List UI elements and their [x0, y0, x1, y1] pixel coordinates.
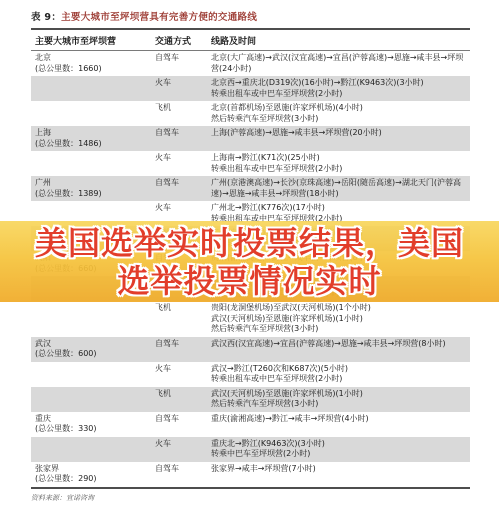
city-cell: [31, 364, 155, 385]
transport-mode: 自驾车: [155, 414, 211, 435]
banner-headline-line-2: 选举投票情况实时: [117, 262, 381, 300]
route-text: 武汉→黔江(T260次和K687次)(5小时) 转乘出租车或中巴车至坪坝营(2小…: [211, 364, 470, 385]
city-name: 张家界: [35, 464, 151, 475]
transport-mode: 火车: [155, 153, 211, 174]
table-row: 重庆 (总公里数：330) 自驾车 重庆(渝湘高速)→黔江→咸丰→坪坝营(4小时…: [31, 412, 470, 437]
route-text: 重庆北→黔江(K9463次)(3小时) 转乘中巴车至坪坝营(2小时): [211, 439, 470, 460]
route-text: 张家界→咸丰→坪坝营(7小时): [211, 464, 470, 485]
route-text: 北京(首都机场)至恩施(许家坪机场)(4小时) 然后转乘汽车至坪坝营(3小时): [211, 103, 470, 124]
table-row: 火车 武汉→黔江(T260次和K687次)(5小时) 转乘出租车或中巴车至坪坝营…: [31, 362, 470, 387]
table-row: 上海 (总公里数：1486) 自驾车 上海(沪蓉高速)→恩施→咸丰县→坪坝营(2…: [31, 126, 470, 151]
table-row: 北京 (总公里数：1660) 自驾车 北京(大广高速)→武汉(汉宜高速)→宜昌(…: [31, 51, 470, 76]
city-cell: 北京 (总公里数：1660): [31, 53, 155, 74]
route-text: 广州(京港澳高速)→长沙(京珠高速)→岳阳(随岳高速)→湖北天门(沪蓉高速)→恩…: [211, 178, 470, 199]
city-cell: [31, 389, 155, 410]
city-cell: [31, 439, 155, 460]
header-route: 线路及时间: [211, 34, 470, 47]
banner-headline-line-1: 美国选举实时投票结果，美国: [35, 224, 464, 262]
transport-mode: 自驾车: [155, 128, 211, 149]
city-cell: 武汉 (总公里数：600): [31, 339, 155, 360]
city-distance: (总公里数：1660): [35, 64, 151, 75]
table-row: 飞机 贵阳(龙洞堡机场)至武汉(天河机场)(1个小时) 武汉(天河机场)至恩施(…: [31, 301, 470, 337]
table-row: 张家界 (总公里数：290) 自驾车 张家界→咸丰→坪坝营(7小时): [31, 462, 470, 487]
transport-mode: 自驾车: [155, 339, 211, 360]
table-row: 飞机 武汉(天河机场)至恩施(许家坪机场)(1小时) 然后转乘汽车至坪坝营(3小…: [31, 387, 470, 412]
route-text: 武汉(天河机场)至恩施(许家坪机场)(1小时) 然后转乘汽车至坪坝营(3小时): [211, 389, 470, 410]
transport-mode: 火车: [155, 439, 211, 460]
table-row: 武汉 (总公里数：600) 自驾车 武汉西(汉宜高速)→宜昌(沪蓉高速)→恩施→…: [31, 337, 470, 362]
source-footnote: 资料来源：宜诺咨询: [31, 493, 470, 503]
city-cell: [31, 303, 155, 335]
city-name: 重庆: [35, 414, 151, 425]
city-name: 广州: [35, 178, 151, 189]
table-row: 飞机 北京(首都机场)至恩施(许家坪机场)(4小时) 然后转乘汽车至坪坝营(3小…: [31, 101, 470, 126]
table-row: 火车 重庆北→黔江(K9463次)(3小时) 转乘中巴车至坪坝营(2小时): [31, 437, 470, 462]
transport-mode: 火车: [155, 364, 211, 385]
transport-mode: 飞机: [155, 103, 211, 124]
city-distance: (总公里数：290): [35, 474, 151, 485]
city-name: 上海: [35, 128, 151, 139]
route-text: 北京西→重庆北(D319次)(16小时)→黔江(K9463次)(3小时) 转乘出…: [211, 78, 470, 99]
seo-headline-banner-overlay: 美国选举实时投票结果，美国 选举投票情况实时: [0, 221, 499, 302]
city-cell: [31, 78, 155, 99]
city-cell: 张家界 (总公里数：290): [31, 464, 155, 485]
city-cell: 重庆 (总公里数：330): [31, 414, 155, 435]
city-cell: 上海 (总公里数：1486): [31, 128, 155, 149]
city-distance: (总公里数：1486): [35, 139, 151, 150]
route-text: 上海南→黔江(K71次)(25小时) 转乘出租车或中巴车至坪坝营(2小时): [211, 153, 470, 174]
city-distance: (总公里数：330): [35, 424, 151, 435]
transport-mode: 飞机: [155, 303, 211, 335]
transport-mode: 自驾车: [155, 464, 211, 485]
city-cell: [31, 103, 155, 124]
route-text: 重庆(渝湘高速)→黔江→咸丰→坪坝营(4小时): [211, 414, 470, 435]
route-text: 上海(沪蓉高速)→恩施→咸丰县→坪坝营(20小时): [211, 128, 470, 149]
table-title: 表 9：主要大城市至坪坝营具有完善方便的交通路线: [31, 9, 470, 23]
table-row: 火车 上海南→黔江(K71次)(25小时) 转乘出租车或中巴车至坪坝营(2小时): [31, 151, 470, 176]
table-number-label: 表 9：: [31, 12, 61, 23]
city-distance: (总公里数：1389): [35, 189, 151, 200]
route-text: 北京(大广高速)→武汉(汉宜高速)→宜昌(沪蓉高速)→恩施→咸丰县→坪坝营(24…: [211, 53, 470, 74]
city-name: 北京: [35, 53, 151, 64]
city-distance: (总公里数：600): [35, 349, 151, 360]
table-title-text: 主要大城市至坪坝营具有完善方便的交通路线: [61, 12, 257, 23]
route-text: 武汉西(汉宜高速)→宜昌(沪蓉高速)→恩施→咸丰县→坪坝营(8小时): [211, 339, 470, 360]
transport-mode: 飞机: [155, 389, 211, 410]
transport-mode: 火车: [155, 78, 211, 99]
header-city: 主要大城市至坪坝营: [31, 34, 155, 47]
transport-mode: 自驾车: [155, 178, 211, 199]
table-row: 广州 (总公里数：1389) 自驾车 广州(京港澳高速)→长沙(京珠高速)→岳阳…: [31, 176, 470, 201]
transport-mode: 自驾车: [155, 53, 211, 74]
city-name: 武汉: [35, 339, 151, 350]
route-text: 贵阳(龙洞堡机场)至武汉(天河机场)(1个小时) 武汉(天河机场)至恩施(许家坪…: [211, 303, 470, 335]
header-mode: 交通方式: [155, 34, 211, 47]
city-cell: 广州 (总公里数：1389): [31, 178, 155, 199]
table-header-row: 主要大城市至坪坝营 交通方式 线路及时间: [31, 28, 470, 51]
city-cell: [31, 153, 155, 174]
table-row: 火车 北京西→重庆北(D319次)(16小时)→黔江(K9463次)(3小时) …: [31, 76, 470, 101]
